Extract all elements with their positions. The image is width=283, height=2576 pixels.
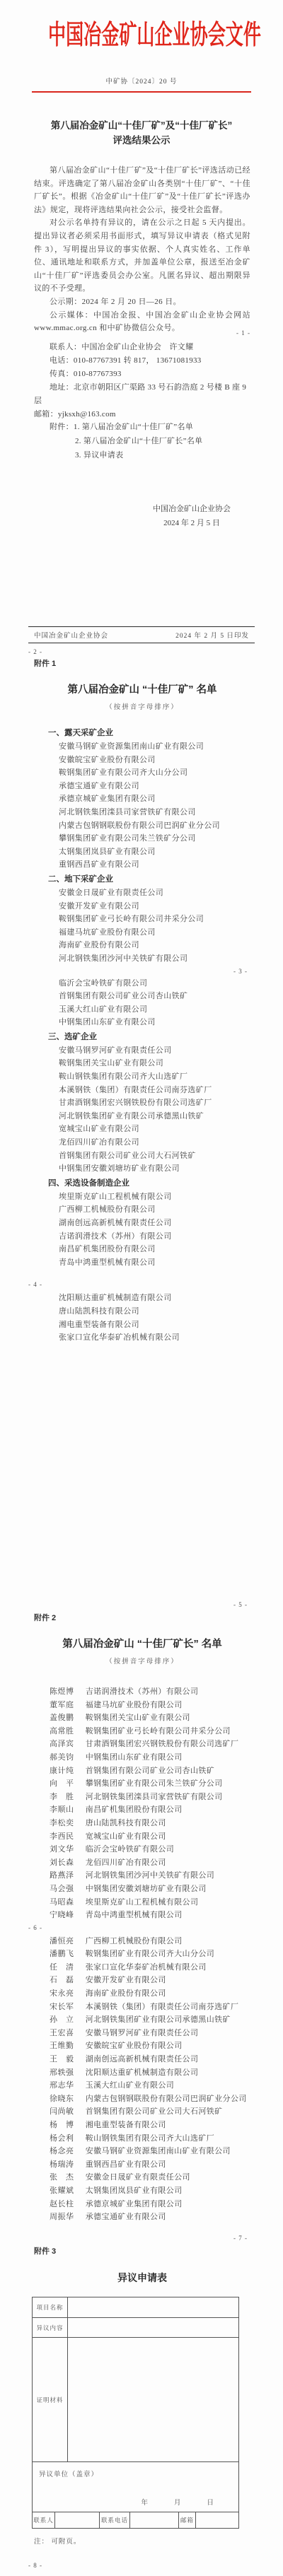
winner-row: 马会强 中钢集团安徽刘塘坊矿业有限公司 xyxy=(50,1883,250,1896)
company-item: 广西柳工机械股份有限公司 xyxy=(59,1203,250,1217)
category-4-heading: 四、采选设备制造企业 xyxy=(48,1177,250,1190)
winner-name: 闫尚敏 xyxy=(50,2105,79,2119)
winner-name: 宋永亮 xyxy=(50,1987,79,2001)
company-item: 鞍钢集团矿业弓长岭有限公司井采分公司 xyxy=(59,913,250,926)
winner-row: 陈煜博 吉诺润滑技术（苏州）有限公司 xyxy=(50,1685,250,1699)
annex-2-subtitle: （按拼音字母排序） xyxy=(34,1656,250,1665)
winner-company: 甘肃酒钢集团宏兴钢铁股份有限公司选矿厂 xyxy=(86,1740,239,1748)
winner-row: 王 毅 湖南创远高新机械有限责任公司 xyxy=(50,2053,250,2066)
winner-company: 首钢集团有限公司矿业公司杏山铁矿 xyxy=(86,1767,214,1775)
document-page: 中国冶金矿山企业协会文件 中矿协〔2024〕20 号 第八届冶金矿山“十佳厂矿”… xyxy=(0,0,283,2576)
company-item: 攀钢集团矿业有限公司朱兰铁矿分公司 xyxy=(59,832,250,845)
company-item: 临沂会宝岭铁矿有限公司 xyxy=(59,977,250,990)
company-item: 鞍钢集团关宝山矿业有限公司 xyxy=(59,1057,250,1070)
objection-form-title: 异议申请表 xyxy=(34,2270,250,2285)
category-3-heading: 三、选矿企业 xyxy=(48,1031,250,1044)
field-contact-person-blank xyxy=(55,2512,100,2529)
contact-line: 地址：北京市朝阳区广渠路 33 号石韵浩庭 2 号楼 B 座 9 层 xyxy=(34,381,250,408)
winner-name: 杨念亮 xyxy=(50,2145,79,2158)
winner-name: 高常胜 xyxy=(50,1725,79,1738)
company-item: 承德宝通矿业有限公司 xyxy=(59,780,250,793)
winner-company: 张家口宣化华泰矿冶机械有限公司 xyxy=(86,1963,207,1972)
company-item: 宽城宝山矿业有限公司 xyxy=(59,1123,250,1136)
field-label-contact-phone: 联系电话 xyxy=(100,2512,130,2529)
winner-row: 刘文华 临沂会宝岭铁矿有限公司 xyxy=(50,1843,250,1856)
company-item: 鞍山钢铁集团有限公司齐大山选矿厂 xyxy=(59,1070,250,1084)
winner-name: 杨会利 xyxy=(50,2132,79,2145)
annex-3-label: 附件 3 xyxy=(34,2247,250,2257)
company-item: 甘肃酒钢集团宏兴钢铁股份有限公司选矿厂 xyxy=(59,1096,250,1110)
announcement-title-line2: 评选结果公示 xyxy=(0,133,283,148)
winner-company: 青岛中鸿重型机械有限公司 xyxy=(86,1911,183,1919)
field-label-contact-person: 联系人 xyxy=(33,2512,55,2529)
winner-row: 王宏喜 安徽马钢罗河矿业有限责任公司 xyxy=(50,2027,250,2040)
field-project-name-blank xyxy=(68,2297,239,2318)
winner-name: 路燕泽 xyxy=(50,1869,79,1883)
winner-name: 高泽宾 xyxy=(50,1738,79,1751)
winner-row: 康计纯 首钢集团有限公司矿业公司杏山铁矿 xyxy=(50,1764,250,1778)
field-email-blank xyxy=(196,2512,239,2529)
winner-company: 承德京城矿业集团有限公司 xyxy=(86,2200,183,2208)
winner-name: 潘恒亮 xyxy=(50,1935,79,1948)
winner-company: 鞍山钢铁集团有限公司齐大山选矿厂 xyxy=(86,2134,214,2143)
page-number-3: - 3 - xyxy=(34,967,250,976)
attachment-item-2: 2. 第八届冶金矿山“十佳厂矿长”名单 xyxy=(75,434,250,448)
signature-org: 中国冶金矿山企业协会 xyxy=(149,502,235,516)
body-paragraph: 公示媒体：中国冶金报、中国冶金矿山企业协会网站www.mmac.org.cn 和… xyxy=(34,309,250,335)
body-paragraph: 第八届冶金矿山“十佳厂矿”及“十佳厂矿长”评选活动已经结束。评选确定了第八届冶金… xyxy=(34,164,250,216)
company-item: 内蒙古包钢钢联股份有限公司巴润矿业分公司 xyxy=(59,819,250,833)
field-proof-material-blank xyxy=(68,2338,239,2462)
category-2-list-b: 临沂会宝岭铁矿有限公司首钢集团有限公司矿业公司杏山铁矿玉溪大红山矿业有限公司中钢… xyxy=(34,977,250,1029)
winner-row: 邢志华 玉溪大红山矿业有限公司 xyxy=(50,2079,250,2092)
winner-name: 王 毅 xyxy=(50,2053,79,2066)
category-1-list: 安徽马钢矿业资源集团南山矿业有限公司安徽皖宝矿业股份有限公司鞍钢集团矿业有限公司… xyxy=(34,740,250,872)
company-item: 张家口宣化华泰矿冶机械有限公司 xyxy=(59,1331,250,1345)
contact-line: 传真：010-87767393 xyxy=(34,368,250,381)
winner-row: 闫尚敏 首钢集团有限公司矿业公司大石河铁矿 xyxy=(50,2105,250,2119)
company-item: 湘电重型装备有限公司 xyxy=(59,1318,250,1332)
winner-row: 董军庭 福建马坑矿业股份有限公司 xyxy=(50,1699,250,1712)
signature-block: 中国冶金矿山企业协会 2024 年 2 月 5 日 xyxy=(149,502,235,530)
winner-name: 张耀斌 xyxy=(50,2184,79,2198)
category-4-list-a: 埃里斯克矿山工程机械有限公司广西柳工机械股份有限公司湖南创远高新机械有限责任公司… xyxy=(34,1190,250,1270)
winner-row: 盖俊鹏 鞍钢集团关宝山矿业有限公司 xyxy=(50,1711,250,1725)
winner-name: 刘长森 xyxy=(50,1856,79,1870)
winner-name: 陈煜博 xyxy=(50,1685,79,1699)
winner-company: 安徽马钢罗河矿业有限责任公司 xyxy=(86,2029,199,2037)
winner-name: 赵长柱 xyxy=(50,2198,79,2211)
winner-company: 鞍钢集团矿业有限公司齐大山分公司 xyxy=(86,1950,214,1958)
winner-row: 杨会利 鞍山钢铁集团有限公司齐大山选矿厂 xyxy=(50,2132,250,2145)
winner-company: 龙佰四川矿冶有限公司 xyxy=(86,1858,166,1867)
winner-row: 郝美钧 中钢集团山东矿业有限公司 xyxy=(50,1751,250,1764)
annex-1-label: 附件 1 xyxy=(34,659,250,669)
field-label-objection-content: 异议内容 xyxy=(33,2318,68,2338)
winner-name: 徐晓东 xyxy=(50,2092,79,2106)
field-objection-content-blank xyxy=(68,2318,239,2338)
winner-row: 高泽宾 甘肃酒钢集团宏兴钢铁股份有限公司选矿厂 xyxy=(50,1738,250,1751)
winner-name: 李西民 xyxy=(50,1830,79,1844)
winner-name: 宋长军 xyxy=(50,2001,79,2014)
winner-row: 石 磊 安徽开发矿业有限公司 xyxy=(50,1974,250,1987)
winner-name: 康计纯 xyxy=(50,1764,79,1778)
winner-name: 郝美钧 xyxy=(50,1751,79,1764)
page-number-4: - 4 - xyxy=(28,1280,250,1289)
winner-company: 唐山陆凯科技有限公司 xyxy=(86,1819,166,1827)
body-paragraph: 公示期：2024 年 2 月 20 日—26 日。 xyxy=(34,295,250,309)
announcement-title-line1: 第八届冶金矿山“十佳厂矿”及“十佳厂矿长” xyxy=(0,118,283,133)
company-item: 河北钢铁集团矿业有限公司承德黑山铁矿 xyxy=(59,1110,250,1123)
winner-company: 玉溪大红山矿业有限公司 xyxy=(86,2081,174,2090)
winner-company: 安徽开发矿业有限公司 xyxy=(86,1976,166,1984)
winner-company: 吉诺润滑技术（苏州）有限公司 xyxy=(86,1687,199,1696)
annex-1-subtitle: （按拼音字母排序） xyxy=(34,701,250,711)
page-number-8: - 8 - xyxy=(28,2561,250,2570)
winner-row: 马昭森 埃里斯克矿山工程机械有限公司 xyxy=(50,1896,250,1909)
winner-company: 埃里斯克矿山工程机械有限公司 xyxy=(86,1898,199,1907)
company-item: 湖南创远高新机械有限责任公司 xyxy=(59,1217,250,1230)
winner-company: 鞍钢集团矿业弓长岭有限公司井采分公司 xyxy=(86,1727,231,1735)
red-divider-line xyxy=(32,91,251,93)
winner-name: 王维勤 xyxy=(50,2039,79,2053)
attachments-block: 附件：1. 第八届冶金矿山“十佳厂矿”名单 2. 第八届冶金矿山“十佳厂矿长”名… xyxy=(34,420,250,462)
attachment-item-1: 1. 第八届冶金矿山“十佳厂矿”名单 xyxy=(74,423,193,431)
company-item: 龙佰四川矿冶有限公司 xyxy=(59,1136,250,1149)
contact-block: 联系人：中国冶金矿山企业协会 许文耀电话：010-87767391 转 817，… xyxy=(34,341,250,421)
page-number-1: - 1 - xyxy=(236,329,250,336)
winner-name: 马会强 xyxy=(50,1883,79,1896)
category-2-heading: 二、地下采矿企业 xyxy=(48,873,250,886)
company-item: 安徽金日晟矿业有限责任公司 xyxy=(59,886,250,900)
winner-company: 鞍钢集团关宝山矿业有限公司 xyxy=(86,1714,190,1722)
company-item: 福建马坑矿业股份有限公司 xyxy=(59,926,250,939)
winner-company: 本溪钢铁（集团）有限责任公司南芬选矿厂 xyxy=(86,2003,239,2011)
winner-row: 张耀斌 太钢集团岚县矿业有限公司 xyxy=(50,2184,250,2198)
winner-name: 石 磊 xyxy=(50,1974,79,1987)
winner-name: 李顺山 xyxy=(50,1803,79,1817)
winner-company: 临沂会宝岭铁矿有限公司 xyxy=(86,1845,174,1854)
winner-name: 宁晓峰 xyxy=(50,1909,79,1922)
winner-row: 赵长柱 承德京城矿业集团有限公司 xyxy=(50,2198,250,2211)
winner-company: 沈阳顺达重矿机械制造有限公司 xyxy=(86,2068,199,2077)
winner-name: 杨瑞涛 xyxy=(50,2158,79,2172)
winner-company: 湖南创远高新机械有限责任公司 xyxy=(86,2055,199,2063)
winner-company: 太钢集团岚县矿业有限公司 xyxy=(86,2186,183,2195)
winner-name: 周振华 xyxy=(50,2211,79,2224)
winner-name: 杨 博 xyxy=(50,2119,79,2132)
footer-print-date: 2024 年 2 月 5 日印发 xyxy=(175,630,249,640)
winner-company: 南昌矿机集团股份有限公司 xyxy=(86,1805,183,1814)
winner-name: 孙 立 xyxy=(50,2013,79,2027)
category-1-heading: 一、露天采矿企业 xyxy=(48,727,250,740)
winner-company: 广西柳工机械股份有限公司 xyxy=(86,1937,183,1945)
winner-company: 湘电重型装备有限公司 xyxy=(86,2121,166,2129)
winner-company: 中钢集团山东矿业有限公司 xyxy=(86,1753,183,1762)
winner-name: 李松奕 xyxy=(50,1817,79,1830)
winner-company: 宽城宝山矿业有限公司 xyxy=(86,1832,166,1841)
company-item: 重钢西昌矿业有限公司 xyxy=(59,858,250,872)
winner-row: 潘鹏飞 鞍钢集团矿业有限公司齐大山分公司 xyxy=(50,1948,250,1961)
winner-row: 王维勤 安徽皖宝矿业股份有限公司 xyxy=(50,2039,250,2053)
company-item: 河北钢铁集团滦县司家营铁矿有限公司 xyxy=(59,806,250,819)
category-3-list: 安徽马钢罗河矿业有限责任公司鞍钢集团关宝山矿业有限公司鞍山钢铁集团有限公司齐大山… xyxy=(34,1044,250,1176)
contact-line: 联系人：中国冶金矿山企业协会 许文耀 xyxy=(34,341,250,354)
page-number-6: - 6 - xyxy=(28,1924,250,1932)
company-item: 中钢集团山东矿业有限公司 xyxy=(59,1016,250,1029)
company-item: 河北钢铁集团沙河中关铁矿有限公司 xyxy=(59,952,250,966)
field-label-objection-unit-seal: 异议单位（盖章） xyxy=(33,2463,238,2478)
attachment-item-3: 3. 异议申请表 xyxy=(75,448,250,462)
winner-name: 马昭森 xyxy=(50,1896,79,1909)
winner-row: 潘恒亮 广西柳工机械股份有限公司 xyxy=(50,1935,250,1948)
company-item: 安徽开发矿业有限公司 xyxy=(59,900,250,913)
winner-company: 福建马坑矿业股份有限公司 xyxy=(86,1701,183,1709)
category-2-list-a: 安徽金日晟矿业有限责任公司安徽开发矿业有限公司鞍钢集团矿业弓长岭有限公司井采分公… xyxy=(34,886,250,966)
field-contact-phone-blank xyxy=(130,2512,179,2529)
company-item: 安徽皖宝矿业股份有限公司 xyxy=(59,754,250,767)
winner-company: 首钢集团有限公司矿业公司大石河铁矿 xyxy=(86,2107,223,2116)
field-label-project-name: 项目名称 xyxy=(33,2297,68,2318)
winner-name: 董军庭 xyxy=(50,1699,79,1712)
winner-company: 安徽马钢矿业资源集团南山矿业有限公司 xyxy=(86,2147,231,2155)
winner-name: 潘鹏飞 xyxy=(50,1948,79,1961)
winner-row: 杨念亮 安徽马钢矿业资源集团南山矿业有限公司 xyxy=(50,2145,250,2158)
winner-company: 攀钢集团矿业有限公司朱兰铁矿分公司 xyxy=(86,1779,223,1788)
annex-2: - 5 - 附件 2 第八届冶金矿山 “十佳厂矿长” 名单 （按拼音字母排序） … xyxy=(34,1599,250,2224)
winner-row: 李西民 宽城宝山矿业有限公司 xyxy=(50,1830,250,1844)
field-label-email: 邮箱 xyxy=(179,2512,196,2529)
winner-row: 路燕泽 河北钢铁集团沙河中关铁矿有限公司 xyxy=(50,1869,250,1883)
winner-row: 杨瑞涛 重钢西昌矿业有限公司 xyxy=(50,2158,250,2172)
winner-row: 李松奕 唐山陆凯科技有限公司 xyxy=(50,1817,250,1830)
company-item: 鞍钢集团矿业有限公司齐大山分公司 xyxy=(59,766,250,780)
winner-row: 李 胜 河北钢铁集团滦县司家营铁矿有限公司 xyxy=(50,1791,250,1804)
annex-2-title: 第八届冶金矿山 “十佳厂矿长” 名单 xyxy=(34,1637,250,1652)
annex-2-label: 附件 2 xyxy=(34,1613,250,1624)
winner-row: 向 平 攀钢集团矿业有限公司朱兰铁矿分公司 xyxy=(50,1777,250,1791)
winner-name: 任 清 xyxy=(50,1961,79,1974)
winner-name: 王宏喜 xyxy=(50,2027,79,2040)
footer-org: 中国冶金矿山企业协会 xyxy=(34,630,108,640)
winner-name: 刘文华 xyxy=(50,1843,79,1856)
company-item: 安徽马钢矿业资源集团南山矿业有限公司 xyxy=(59,740,250,754)
winner-row: 周振华 承德宝通矿业有限公司 xyxy=(50,2211,250,2224)
winner-company: 海南矿业股份有限公司 xyxy=(86,1989,166,1998)
company-item: 本溪钢铁（集团）有限责任公司南芬选矿厂 xyxy=(59,1084,250,1097)
field-objection-unit-cell: 异议单位（盖章） 年 月 日 xyxy=(33,2462,239,2512)
objection-form-table: 项目名称 异议内容 证明材料 异议单位（盖章） 年 月 日 联系人 联系 xyxy=(32,2297,239,2529)
winner-name: 邢志华 xyxy=(50,2079,79,2092)
signature-date: 2024 年 2 月 5 日 xyxy=(149,516,235,530)
body-paragraph: 对公示名单持有异议的，请在公示之日起 5 天内提出。提出异议者必须采用书面形式，… xyxy=(34,216,250,295)
company-item: 太钢集团岚县矿业有限公司 xyxy=(59,845,250,859)
page-number-2: - 2 - xyxy=(28,648,42,655)
winner-row: 孙 立 河北钢铁集团矿业有限公司承德黑山铁矿 xyxy=(50,2013,250,2027)
company-item: 埃里斯克矿山工程机械有限公司 xyxy=(59,1190,250,1204)
attachment-line-1: 附件：1. 第八届冶金矿山“十佳厂矿”名单 xyxy=(34,420,250,434)
winner-company: 中钢集团安徽刘塘坊矿业有限公司 xyxy=(86,1885,207,1893)
page-number-5: - 5 - xyxy=(34,1600,250,1609)
winner-company: 河北钢铁集团滦县司家营铁矿有限公司 xyxy=(86,1793,223,1801)
attachments-label: 附件： xyxy=(50,423,74,431)
winner-row: 高常胜 鞍钢集团矿业弓长岭有限公司井采分公司 xyxy=(50,1725,250,1738)
company-item: 海南矿业股份有限公司 xyxy=(59,939,250,952)
company-item: 吉诺润滑技术（苏州）有限公司 xyxy=(59,1230,250,1243)
winner-company: 河北钢铁集团矿业有限公司承德黑山铁矿 xyxy=(86,2015,231,2024)
winner-name: 邢轶强 xyxy=(50,2066,79,2080)
winner-company: 内蒙古包钢钢联股份有限公司巴润矿业分公司 xyxy=(86,2095,247,2103)
annex-1: 附件 1 第八届冶金矿山 “十佳厂矿” 名单 （按拼音字母排序） 一、露天采矿企… xyxy=(34,659,250,1345)
field-label-proof-material: 证明材料 xyxy=(33,2338,68,2462)
annex-3: - 7 - 附件 3 异议申请表 项目名称 异议内容 证明材料 xyxy=(34,2232,250,2571)
company-item: 沈阳顺达重矿机械制造有限公司 xyxy=(59,1292,250,1305)
winner-row: 宋永亮 海南矿业股份有限公司 xyxy=(50,1987,250,2001)
winner-list-b: 潘恒亮 广西柳工机械股份有限公司 潘鹏飞 鞍钢集团矿业有限公司齐大山分公司 任 … xyxy=(34,1935,250,2224)
company-item: 中钢集团安徽刘塘坊矿业有限公司 xyxy=(59,1162,250,1176)
winner-company: 安徽金日晟矿业有限责任公司 xyxy=(86,2173,190,2182)
company-item: 安徽马钢罗河矿业有限责任公司 xyxy=(59,1044,250,1058)
org-letterhead-title: 中国冶金矿山企业协会文件 xyxy=(48,13,235,52)
winner-row: 邢轶强 沈阳顺达重矿机械制造有限公司 xyxy=(50,2066,250,2080)
announcement-title: 第八届冶金矿山“十佳厂矿”及“十佳厂矿长” 评选结果公示 xyxy=(0,118,283,148)
winner-company: 河北钢铁集团沙河中关铁矿有限公司 xyxy=(86,1871,214,1880)
page-number-7: - 7 - xyxy=(34,2234,250,2242)
winner-company: 安徽皖宝矿业股份有限公司 xyxy=(86,2042,183,2050)
footer-imprint: 中国冶金矿山企业协会 2024 年 2 月 5 日印发 xyxy=(28,626,255,643)
form-note: 注： 可附页。 xyxy=(34,2536,250,2546)
company-item: 南昌矿机集团股份有限公司 xyxy=(59,1243,250,1256)
winner-company: 承德宝通矿业有限公司 xyxy=(86,2213,166,2221)
winner-name: 盖俊鹏 xyxy=(50,1711,79,1725)
doc-number: 中矿协〔2024〕20 号 xyxy=(0,76,283,86)
winner-name: 向 平 xyxy=(50,1777,79,1791)
company-item: 青岛中鸿重型机械有限公司 xyxy=(59,1256,250,1270)
company-item: 首钢集团有限公司矿业公司杏山铁矿 xyxy=(59,990,250,1003)
winner-row: 杨 博 湘电重型装备有限公司 xyxy=(50,2119,250,2132)
winner-company: 重钢西昌矿业有限公司 xyxy=(86,2160,166,2169)
winner-row: 任 清 张家口宣化华泰矿冶机械有限公司 xyxy=(50,1961,250,1974)
company-item: 玉溪大红山矿业有限公司 xyxy=(59,1003,250,1017)
winner-name: 李 胜 xyxy=(50,1791,79,1804)
field-date-placeholder: 年 月 日 xyxy=(33,2497,238,2507)
winner-row: 李顺山 南昌矿机集团股份有限公司 xyxy=(50,1803,250,1817)
winner-row: 张 杰 安徽金日晟矿业有限责任公司 xyxy=(50,2171,250,2184)
winner-row: 徐晓东 内蒙古包钢钢联股份有限公司巴润矿业分公司 xyxy=(50,2092,250,2106)
announcement-body: 第八届冶金矿山“十佳厂矿”及“十佳厂矿长”评选活动已经结束。评选确定了第八届冶金… xyxy=(34,164,250,335)
annex-1-title: 第八届冶金矿山 “十佳厂矿” 名单 xyxy=(34,682,250,698)
company-item: 首钢集团有限公司矿业公司大石河铁矿 xyxy=(59,1149,250,1163)
winner-name: 张 杰 xyxy=(50,2171,79,2184)
company-item: 承德京城矿业集团有限公司 xyxy=(59,792,250,806)
winner-row: 刘长森 龙佰四川矿冶有限公司 xyxy=(50,1856,250,1870)
company-item: 唐山陆凯科技有限公司 xyxy=(59,1305,250,1318)
winner-row: 宁晓峰 青岛中鸿重型机械有限公司 xyxy=(50,1909,250,1922)
winner-list-a: 陈煜博 吉诺润滑技术（苏州）有限公司 董军庭 福建马坑矿业股份有限公司 盖俊鹏 … xyxy=(34,1685,250,1922)
winner-row: 宋长军 本溪钢铁（集团）有限责任公司南芬选矿厂 xyxy=(50,2001,250,2014)
contact-line: 电话：010-87767391 转 817， 13671081933 xyxy=(34,354,250,368)
category-4-list-b: 沈阳顺达重矿机械制造有限公司唐山陆凯科技有限公司湘电重型装备有限公司张家口宣化华… xyxy=(34,1292,250,1344)
